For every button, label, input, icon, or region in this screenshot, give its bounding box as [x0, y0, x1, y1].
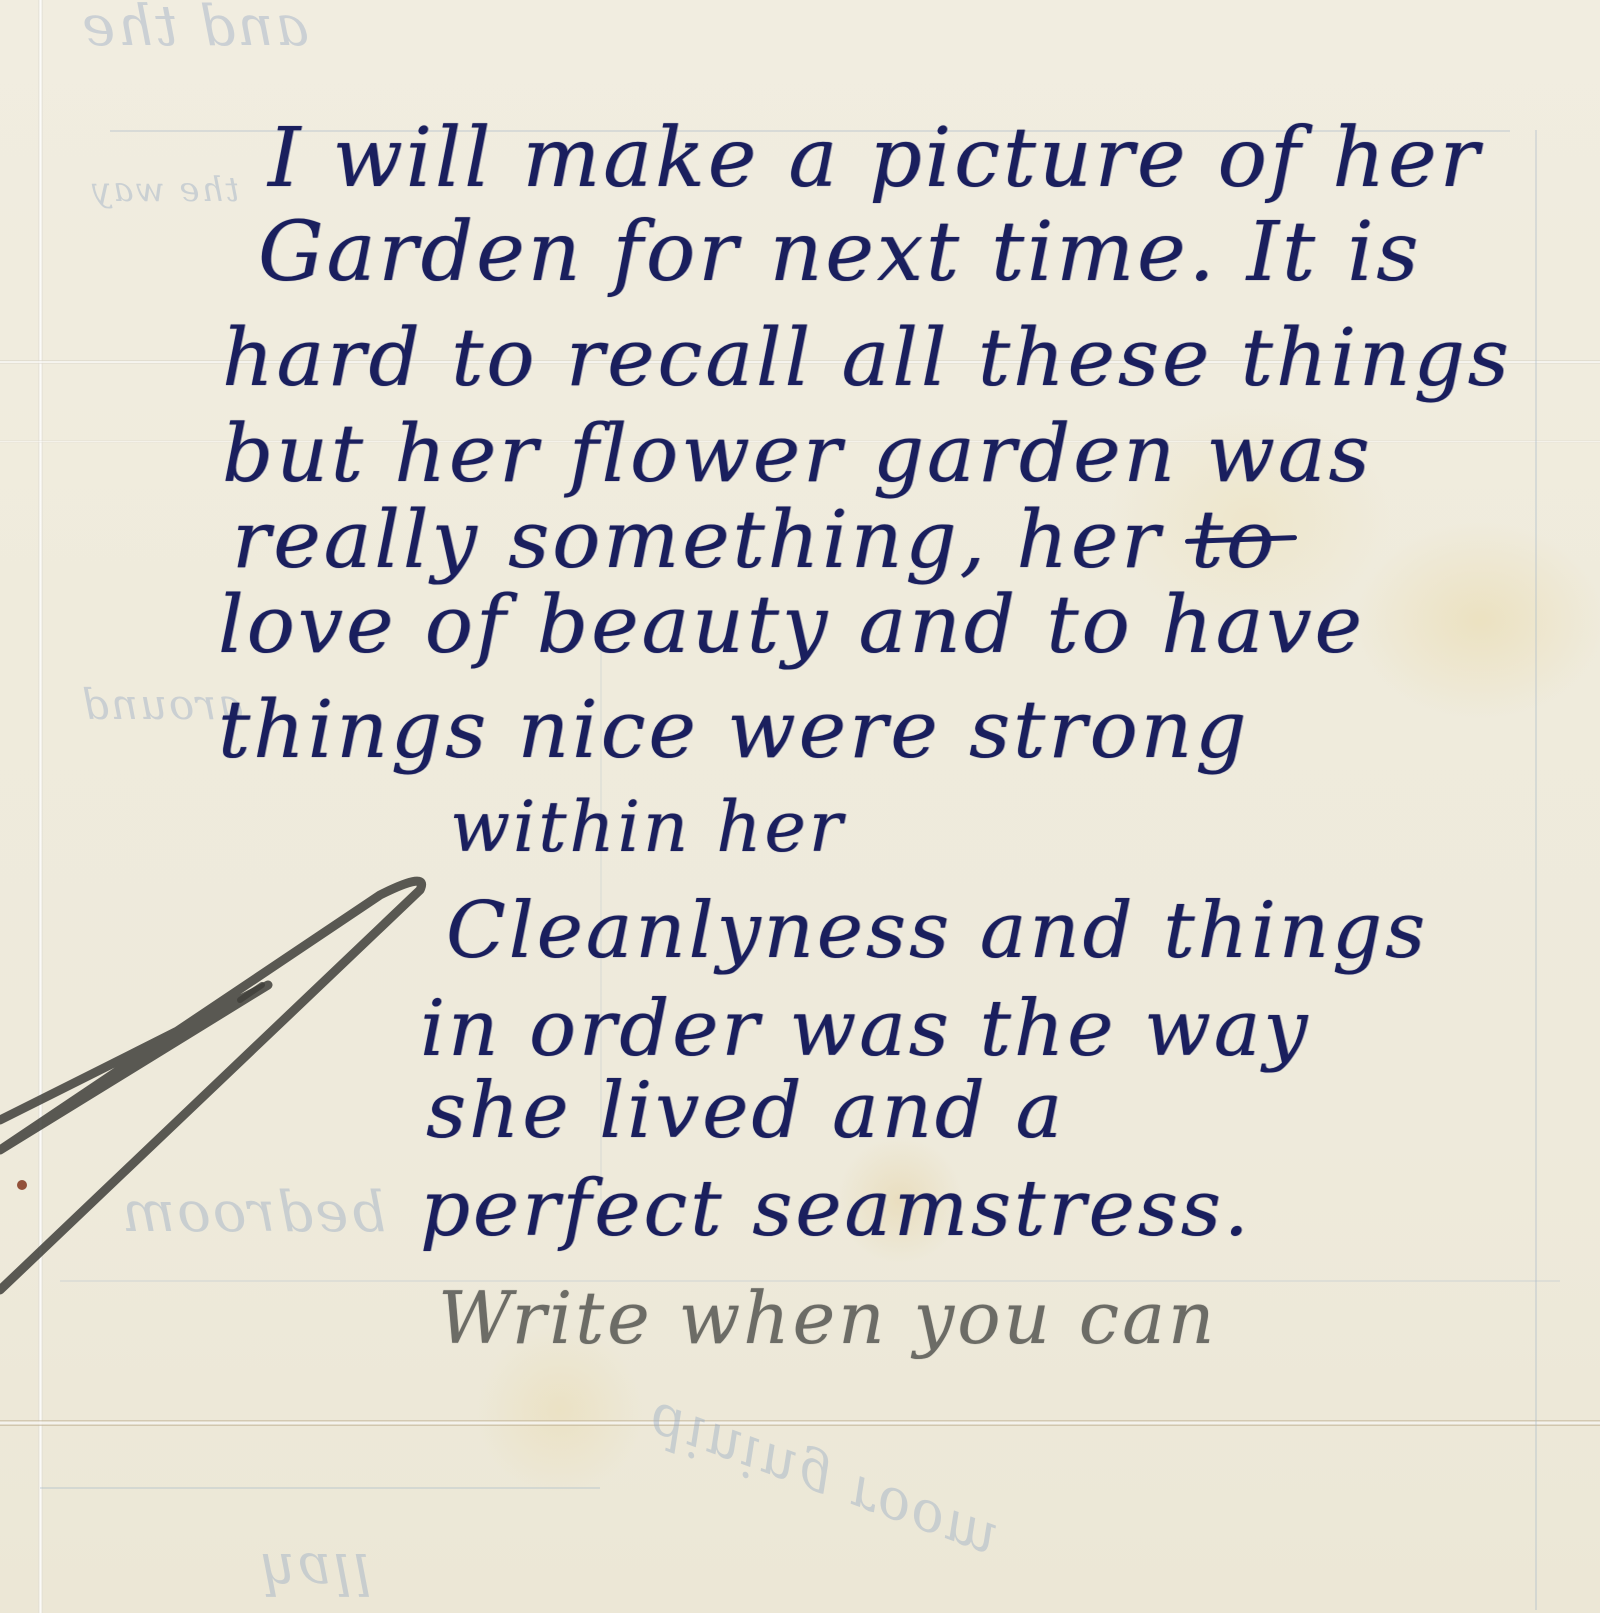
- letter-page: and the the way around bedroom dining ro…: [0, 0, 1600, 1613]
- pencil-arrow-icon: [0, 0, 1600, 1613]
